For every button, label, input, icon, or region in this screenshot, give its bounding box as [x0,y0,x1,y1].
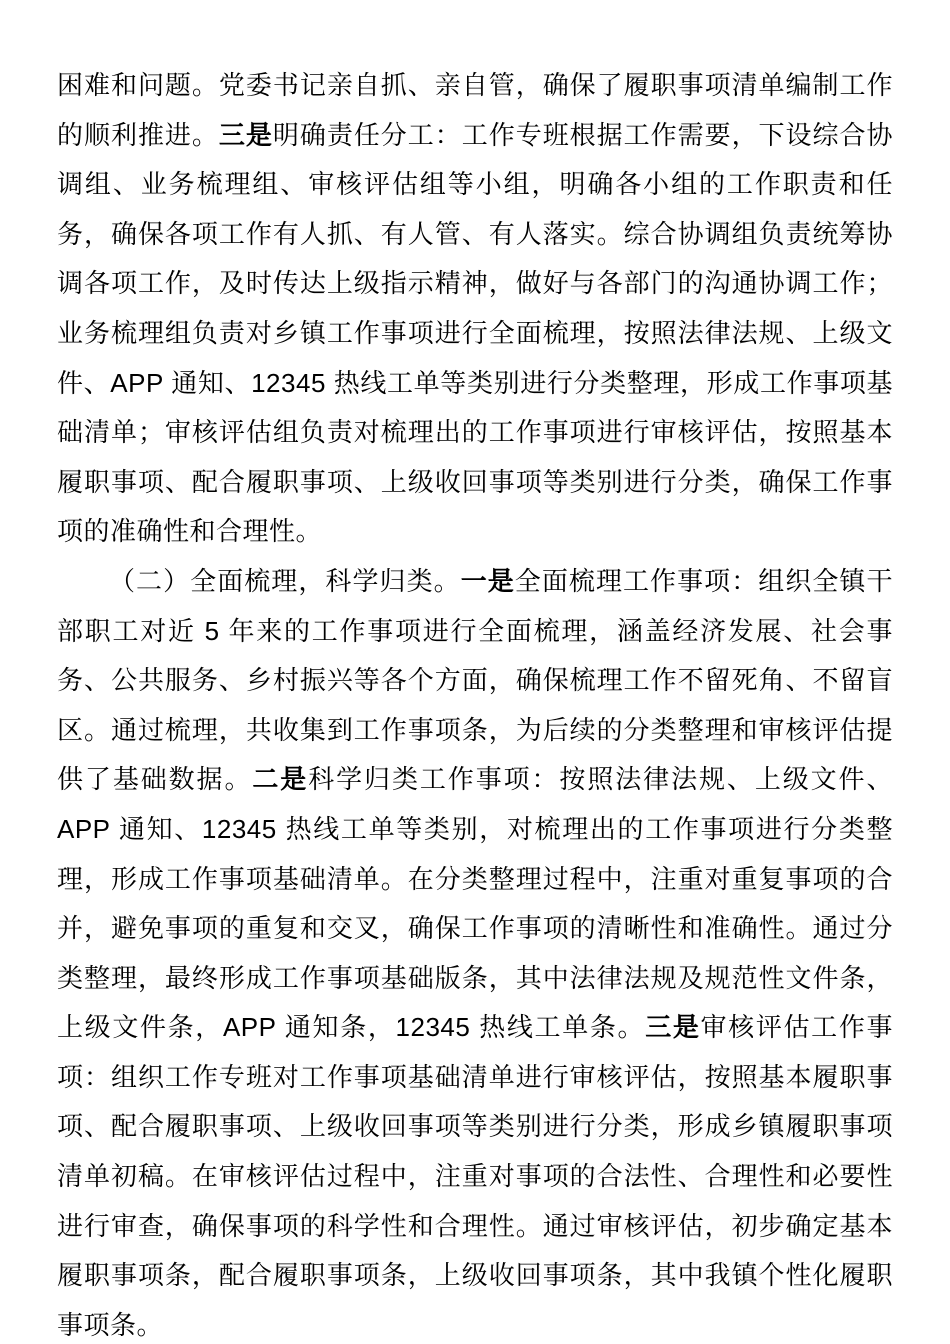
paragraph-2: （二）全面梳理，科学归类。一是全面梳理工作事项：组织全镇干部职工对近 5 年来的… [57,557,893,1344]
text-run-bold: 三是 [219,120,273,150]
text-run-bold: 二是 [252,764,308,794]
document-page: 困难和问题。党委书记亲自抓、亲自管，确保了履职事项清单编制工作的顺利推进。三是明… [0,0,950,1344]
text-run: （二）全面梳理，科学归类。 [109,566,461,596]
text-run: 明确责任分工：工作专班根据工作需要，下设综合协调组、业务梳理组、审核评估组等小组… [57,120,893,547]
text-run-bold: 三是 [645,1012,700,1042]
text-run: 全面梳理工作事项：组织全镇干部职工对近 5 年来的工作事项进行全面梳理，涵盖经济… [57,566,893,794]
paragraph-1: 困难和问题。党委书记亲自抓、亲自管，确保了履职事项清单编制工作的顺利推进。三是明… [57,61,893,557]
text-run-bold: 一是 [461,566,515,596]
text-run: 审核评估工作事项：组织工作专班对工作事项基础清单进行审核评估，按照基本履职事项、… [57,1012,893,1340]
text-run: 科学归类工作事项：按照法律法规、上级文件、APP 通知、12345 热线工单等类… [57,764,893,1042]
